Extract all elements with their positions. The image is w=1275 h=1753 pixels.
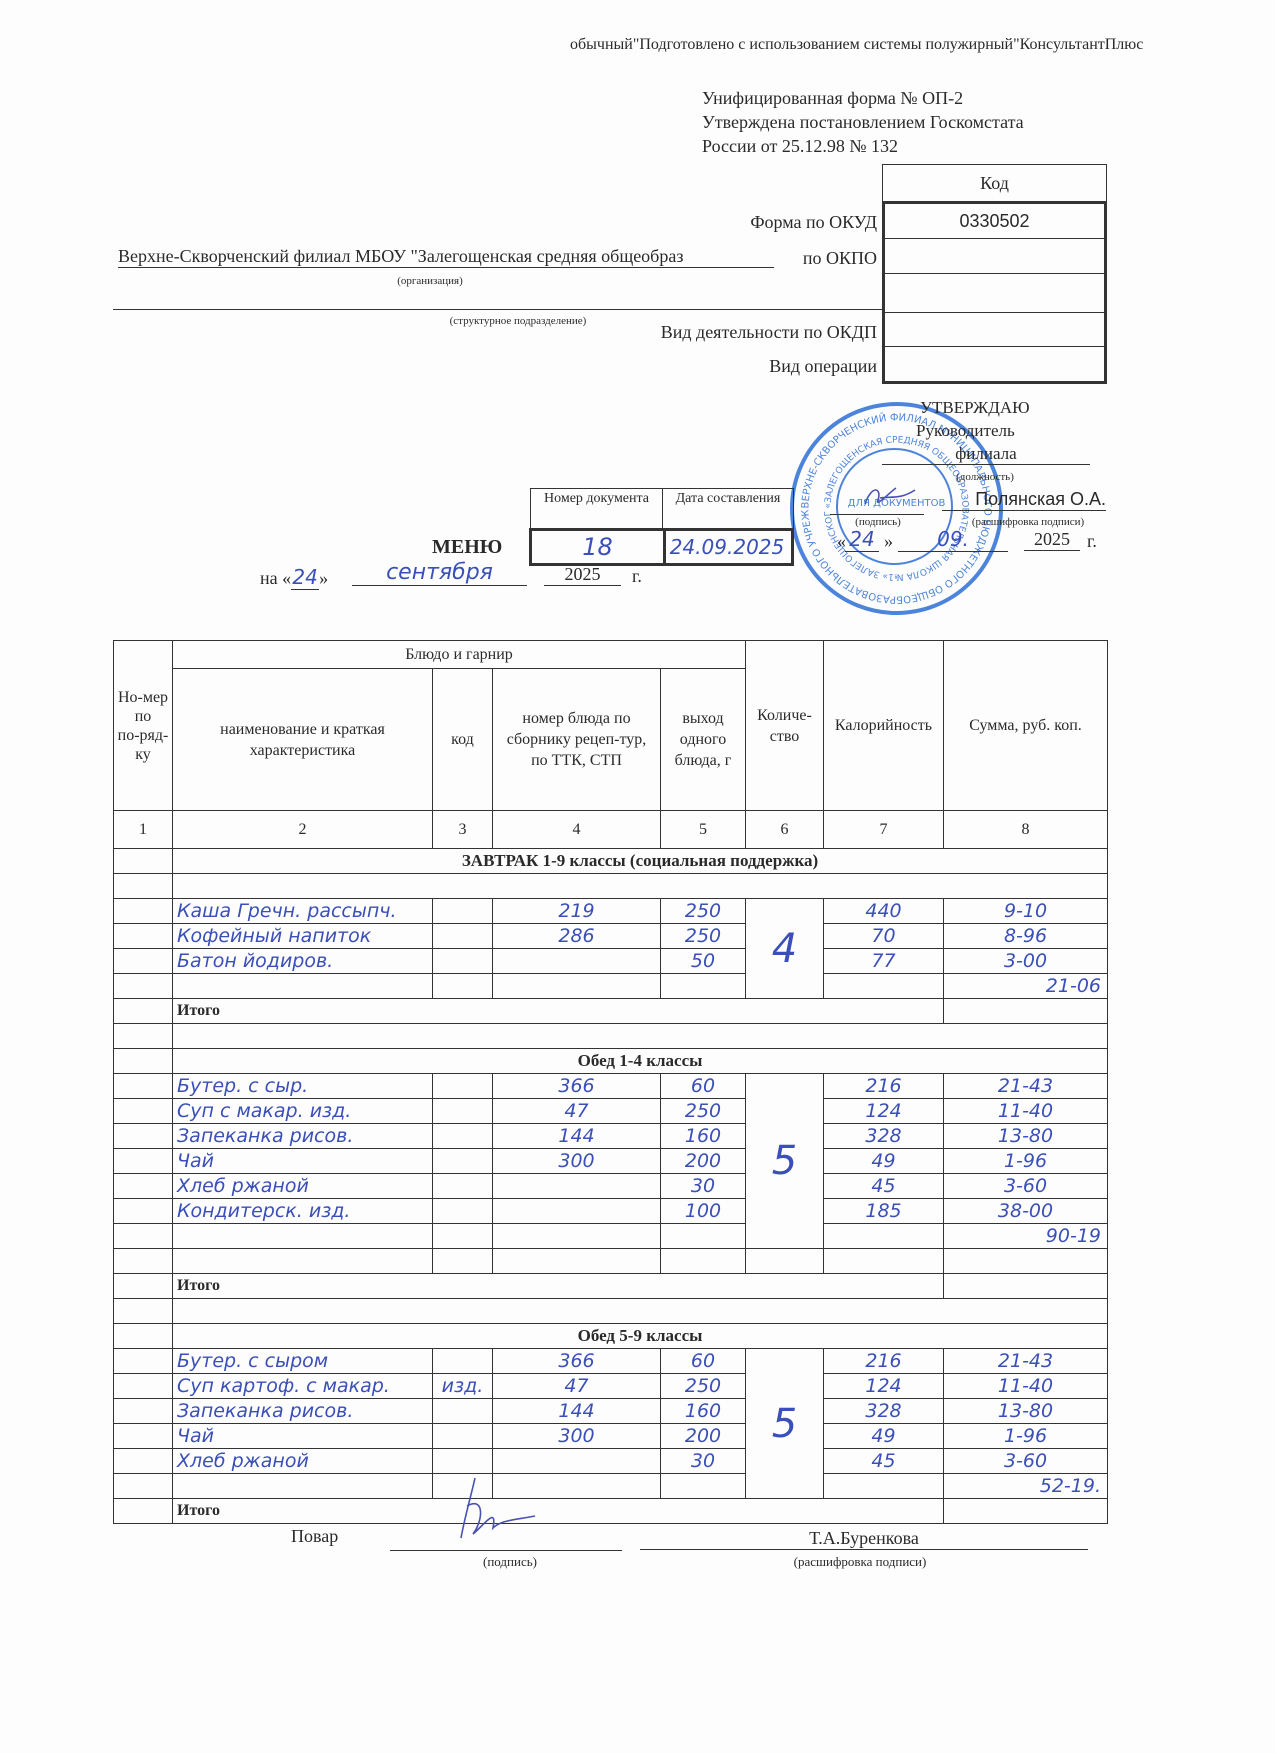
dish-yield[interactable]: 160: [661, 1399, 746, 1424]
dish-calories[interactable]: 49: [824, 1149, 944, 1174]
section-subtotal[interactable]: 90-19: [944, 1224, 1108, 1249]
document-number[interactable]: 18: [529, 528, 666, 566]
dish-sum[interactable]: 1-96: [944, 1424, 1108, 1449]
col-code-header: код: [433, 669, 493, 811]
dish-yield[interactable]: 160: [661, 1124, 746, 1149]
itogo-row: Итого: [114, 999, 1108, 1024]
dish-sum[interactable]: 11-40: [944, 1099, 1108, 1124]
empty-cell[interactable]: [661, 1474, 746, 1499]
dish-code[interactable]: [433, 1149, 493, 1174]
blank-row: [114, 874, 1108, 899]
menu-month[interactable]: сентября: [352, 560, 527, 586]
row-number-cell[interactable]: [114, 1499, 173, 1524]
dish-yield[interactable]: 30: [661, 1174, 746, 1199]
code-header: Код: [882, 164, 1107, 201]
col-yield-header: выход одного блюда, г: [661, 669, 746, 811]
section-row: Обед 5-9 классы: [114, 1324, 1108, 1349]
dish-code[interactable]: [433, 1424, 493, 1449]
table-row: Запеканка рисов.14416032813-80: [114, 1399, 1108, 1424]
subtotal-row: 90-19: [114, 1224, 1108, 1249]
section-row: Обед 1-4 классы: [114, 1049, 1108, 1074]
form-line: России от 25.12.98 № 132: [702, 134, 1024, 158]
dish-calories[interactable]: 45: [824, 1174, 944, 1199]
approval-name-field[interactable]: Полянская О.А.: [942, 489, 1106, 511]
dish-sum[interactable]: 13-80: [944, 1124, 1108, 1149]
col-number: 3: [433, 811, 493, 849]
row-number-cell[interactable]: [114, 1224, 173, 1249]
approval-date: «24»: [837, 531, 893, 552]
dish-recipe-number[interactable]: 300: [493, 1149, 661, 1174]
dish-recipe-number[interactable]: [493, 1174, 661, 1199]
cook-name: Т.А.Буренкова: [809, 1528, 919, 1548]
okdp-label: Вид деятельности по ОКДП: [661, 322, 877, 343]
col-name-header: наименование и краткая характеристика: [173, 669, 433, 811]
dish-yield[interactable]: 60: [661, 1074, 746, 1099]
dish-sum[interactable]: 1-96: [944, 1149, 1108, 1174]
col-number: 4: [493, 811, 661, 849]
dish-name[interactable]: Батон йодиров.: [173, 949, 433, 974]
empty-cell[interactable]: [661, 974, 746, 999]
col-number: 2: [173, 811, 433, 849]
dish-calories[interactable]: 124: [824, 1374, 944, 1399]
col-number: 5: [661, 811, 746, 849]
dish-name[interactable]: Кондитерск. изд.: [173, 1199, 433, 1224]
row-number-cell[interactable]: [114, 1299, 173, 1324]
dish-yield[interactable]: 250: [661, 1099, 746, 1124]
empty-cell[interactable]: [661, 1224, 746, 1249]
form-identification: Унифицированная форма № ОП-2 Утверждена …: [702, 86, 1024, 158]
dish-recipe-number[interactable]: [493, 1199, 661, 1224]
menu-table: Но-мерпопо-ряд-ку Блюдо и гарнир Количе-…: [113, 640, 1108, 1524]
subdivision-caption: (структурное подразделение): [428, 315, 608, 327]
dish-code[interactable]: [433, 949, 493, 974]
table-row: Батон йодиров.50773-00: [114, 949, 1108, 974]
table-row: Хлеб ржаной30453-60: [114, 1449, 1108, 1474]
dish-calories[interactable]: 216: [824, 1349, 944, 1374]
subdivision-field[interactable]: [113, 290, 883, 310]
dish-name[interactable]: Бутер. с сыром: [173, 1349, 433, 1374]
empty-cell[interactable]: [824, 1249, 944, 1274]
approval-day[interactable]: 24: [845, 527, 879, 552]
approval-position-field[interactable]: филиала: [882, 444, 1090, 465]
approval-title: УТВЕРЖДАЮ: [920, 398, 1030, 418]
dish-yield[interactable]: 250: [661, 899, 746, 924]
section-quantity[interactable]: 5: [746, 1349, 824, 1499]
section-quantity[interactable]: 5: [746, 1074, 824, 1249]
table-row: Кофейный напиток286250708-96: [114, 924, 1108, 949]
col-quantity-header: Количе-ство: [746, 641, 824, 811]
document-date-header: Дата составления: [662, 488, 794, 530]
row-number-cell[interactable]: [114, 1374, 173, 1399]
okud-label: Форма по ОКУД: [750, 212, 877, 233]
section-row: ЗАВТРАК 1-9 классы (социальная поддержка…: [114, 849, 1108, 874]
row-number-cell[interactable]: [114, 849, 173, 874]
dish-code[interactable]: [433, 1074, 493, 1099]
itogo-label: Итого: [173, 999, 944, 1024]
dish-code[interactable]: [433, 1349, 493, 1374]
row-number-cell[interactable]: [114, 1474, 173, 1499]
okdp-code-cell[interactable]: [885, 313, 1104, 347]
row-number-cell[interactable]: [114, 1149, 173, 1174]
section-title: Обед 5-9 классы: [173, 1324, 1108, 1349]
table-row: Суп с макар. изд.4725012411-40: [114, 1099, 1108, 1124]
menu-date-line: на «24»: [260, 565, 328, 590]
dish-sum[interactable]: 3-00: [944, 949, 1108, 974]
cook-signature-scribble-icon: [445, 1476, 545, 1546]
cook-name-caption: (расшифровка подписи): [760, 1554, 960, 1570]
row-number-cell[interactable]: [114, 874, 173, 899]
dish-recipe-number[interactable]: 366: [493, 1074, 661, 1099]
dish-name[interactable]: Суп с макар. изд.: [173, 1099, 433, 1124]
okpo-label: по ОКПО: [803, 248, 877, 269]
dish-sum[interactable]: 38-00: [944, 1199, 1108, 1224]
dish-yield[interactable]: 200: [661, 1149, 746, 1174]
row-number-cell[interactable]: [114, 899, 173, 924]
dish-code[interactable]: [433, 1174, 493, 1199]
dish-yield[interactable]: 200: [661, 1424, 746, 1449]
col-sum-header: Сумма, руб. коп.: [944, 641, 1108, 811]
dish-code[interactable]: [433, 1124, 493, 1149]
dish-calories[interactable]: 124: [824, 1099, 944, 1124]
empty-cell[interactable]: [493, 1249, 661, 1274]
itogo-sum[interactable]: [944, 1499, 1108, 1524]
col-calories-header: Калорийность: [824, 641, 944, 811]
table-row: Суп картоф. с макар.изд.4725012411-40: [114, 1374, 1108, 1399]
row-number-cell[interactable]: [114, 1174, 173, 1199]
dish-yield[interactable]: 250: [661, 924, 746, 949]
dish-sum[interactable]: 3-60: [944, 1174, 1108, 1199]
dish-sum[interactable]: 8-96: [944, 924, 1108, 949]
row-number-cell[interactable]: [114, 1024, 173, 1049]
col-number: 6: [746, 811, 824, 849]
row-number-cell[interactable]: [114, 949, 173, 974]
col-number: 7: [824, 811, 944, 849]
document-date[interactable]: 24.09.2025: [663, 528, 794, 566]
menu-year[interactable]: 2025: [544, 564, 621, 586]
row-number-cell[interactable]: [114, 1424, 173, 1449]
section-subtotal[interactable]: 21-06: [944, 974, 1108, 999]
dish-yield[interactable]: 60: [661, 1349, 746, 1374]
table-row: Запеканка рисов.14416032813-80: [114, 1124, 1108, 1149]
dish-recipe-number[interactable]: 144: [493, 1399, 661, 1424]
dish-code[interactable]: [433, 1099, 493, 1124]
dish-calories[interactable]: 328: [824, 1124, 944, 1149]
empty-cell[interactable]: [493, 1224, 661, 1249]
approval-year[interactable]: 2025: [1024, 529, 1080, 551]
dish-recipe-number[interactable]: 47: [493, 1374, 661, 1399]
dish-recipe-number[interactable]: 144: [493, 1124, 661, 1149]
dish-calories[interactable]: 49: [824, 1424, 944, 1449]
dish-code[interactable]: [433, 1399, 493, 1424]
dish-recipe-number[interactable]: 300: [493, 1424, 661, 1449]
approval-name: Полянская О.А.: [975, 489, 1106, 509]
row-number-cell[interactable]: [114, 1349, 173, 1374]
dish-name[interactable]: Бутер. с сыр.: [173, 1074, 433, 1099]
approval-year-suffix: г.: [1087, 531, 1097, 552]
empty-cell[interactable]: [433, 1224, 493, 1249]
row-number-cell[interactable]: [114, 1049, 173, 1074]
dish-name[interactable]: Чай: [173, 1149, 433, 1174]
dish-name[interactable]: Хлеб ржаной: [173, 1449, 433, 1474]
row-number-cell[interactable]: [114, 1099, 173, 1124]
position-caption: (должность): [935, 471, 1035, 483]
table-row: Бутер. с сыром36660521621-43: [114, 1349, 1108, 1374]
row-number-cell[interactable]: [114, 974, 173, 999]
row-number-cell[interactable]: [114, 1449, 173, 1474]
table-row: Каша Гречн. рассыпч.21925044409-10: [114, 899, 1108, 924]
row-number-cell[interactable]: [114, 1074, 173, 1099]
dish-recipe-number[interactable]: [493, 1449, 661, 1474]
empty-cell[interactable]: [661, 1249, 746, 1274]
blank-row: [114, 1024, 1108, 1049]
subdivision-code-cell[interactable]: [885, 274, 1104, 313]
dish-calories[interactable]: 185: [824, 1199, 944, 1224]
operation-label: Вид операции: [769, 356, 877, 377]
dish-sum[interactable]: 3-60: [944, 1449, 1108, 1474]
dish-yield[interactable]: 100: [661, 1199, 746, 1224]
consultant-plus-note-text: обычный"Подготовлено с использованием си…: [570, 36, 1143, 53]
dish-calories[interactable]: 45: [824, 1449, 944, 1474]
empty-cell[interactable]: [433, 974, 493, 999]
itogo-sum[interactable]: [944, 999, 1108, 1024]
approval-month[interactable]: 09.: [898, 527, 1008, 552]
row-number-cell[interactable]: [114, 1199, 173, 1224]
empty-cell[interactable]: [114, 1249, 173, 1274]
document-number-header: Номер документа: [530, 488, 663, 530]
section-title: Обед 1-4 классы: [173, 1049, 1108, 1074]
dish-name[interactable]: Запеканка рисов.: [173, 1399, 433, 1424]
empty-cell[interactable]: [493, 974, 661, 999]
operation-code-cell[interactable]: [885, 347, 1104, 381]
section-quantity[interactable]: 4: [746, 899, 824, 999]
dish-name[interactable]: Кофейный напиток: [173, 924, 433, 949]
dish-name[interactable]: Запеканка рисов.: [173, 1124, 433, 1149]
organization-name[interactable]: Верхне-Скворченский филиал МБОУ "Залегощ…: [118, 246, 774, 268]
menu-title: МЕНЮ: [432, 536, 502, 559]
empty-cell[interactable]: [173, 1249, 433, 1274]
dish-code[interactable]: [433, 924, 493, 949]
empty-cell[interactable]: [173, 1224, 433, 1249]
cook-role: Повар: [291, 1526, 338, 1547]
empty-cell[interactable]: [824, 1224, 944, 1249]
col-row-number-header-text: Но-мерпопо-ряд-ку: [118, 689, 169, 763]
row-number-cell[interactable]: [114, 1124, 173, 1149]
dish-sum[interactable]: 13-80: [944, 1399, 1108, 1424]
empty-cell[interactable]: [433, 1249, 493, 1274]
table-row: Хлеб ржаной30453-60: [114, 1174, 1108, 1199]
blank-cell[interactable]: [173, 874, 1108, 899]
dish-sum[interactable]: 21-43: [944, 1349, 1108, 1374]
dish-yield[interactable]: 250: [661, 1374, 746, 1399]
dish-sum[interactable]: 9-10: [944, 899, 1108, 924]
cook-signature-field[interactable]: [390, 1530, 622, 1551]
okud-code-cell[interactable]: 0330502: [885, 204, 1104, 239]
code-box: Код 0330502: [882, 164, 1107, 384]
empty-cell[interactable]: [824, 974, 944, 999]
blank-row: [114, 1299, 1108, 1324]
dish-calories[interactable]: 216: [824, 1074, 944, 1099]
dish-code[interactable]: [433, 1199, 493, 1224]
itogo-row: Итого: [114, 1499, 1108, 1524]
row-number-cell[interactable]: [114, 1274, 173, 1299]
col-number: 8: [944, 811, 1108, 849]
empty-cell[interactable]: [746, 1249, 824, 1274]
dish-recipe-number[interactable]: 286: [493, 924, 661, 949]
dish-sum[interactable]: 21-43: [944, 1074, 1108, 1099]
empty-cell[interactable]: [824, 1474, 944, 1499]
okpo-code-cell[interactable]: [885, 239, 1104, 274]
dish-recipe-number[interactable]: 366: [493, 1349, 661, 1374]
organization-caption: (организация): [380, 275, 480, 287]
col-row-number-header: Но-мерпопо-ряд-ку: [114, 641, 173, 811]
form-line: Утверждена постановлением Госкомстата: [702, 110, 1024, 134]
approval-position-line1: Руководитель: [916, 421, 1015, 441]
consultant-plus-note: обычный"Подготовлено с использованием си…: [570, 36, 1143, 54]
col-recipe-header: номер блюда по сборнику рецеп-тур, по ТТ…: [493, 669, 661, 811]
table-row: Чай300200491-96: [114, 1149, 1108, 1174]
blank-cell[interactable]: [173, 1024, 1108, 1049]
subtotal-row: 21-06: [114, 974, 1108, 999]
organization-name-text: Верхне-Скворченский филиал МБОУ "Залегощ…: [118, 246, 683, 266]
dish-calories[interactable]: 77: [824, 949, 944, 974]
section-subtotal[interactable]: 52-19.: [944, 1474, 1108, 1499]
dish-calories[interactable]: 440: [824, 899, 944, 924]
itogo-label: Итого: [173, 1499, 944, 1524]
menu-day[interactable]: 24: [291, 565, 319, 590]
menu-date-prefix: на: [260, 568, 278, 588]
blank-row: [114, 1249, 1108, 1274]
approval-signature-field[interactable]: [830, 494, 924, 515]
row-number-cell[interactable]: [114, 1399, 173, 1424]
signature-scribble-icon: [860, 482, 920, 512]
table-row: Кондитерск. изд.10018538-00: [114, 1199, 1108, 1224]
column-numbers-row: 1 2 3 4 5 6 7 8: [114, 811, 1108, 849]
row-number-cell[interactable]: [114, 924, 173, 949]
dish-name[interactable]: Каша Гречн. рассыпч.: [173, 899, 433, 924]
dish-name[interactable]: Чай: [173, 1424, 433, 1449]
row-number-cell[interactable]: [114, 999, 173, 1024]
dish-recipe-number[interactable]: 47: [493, 1099, 661, 1124]
table-row: Бутер. с сыр.36660521621-43: [114, 1074, 1108, 1099]
col-number: 1: [114, 811, 173, 849]
row-number-cell[interactable]: [114, 1324, 173, 1349]
dish-code[interactable]: [433, 899, 493, 924]
blank-cell[interactable]: [173, 1299, 1108, 1324]
dish-code[interactable]: изд.: [433, 1374, 493, 1399]
cook-name-field[interactable]: Т.А.Буренкова: [640, 1528, 1088, 1550]
empty-cell[interactable]: [173, 1474, 433, 1499]
cook-signature-caption: (подпись): [470, 1554, 550, 1570]
dish-yield[interactable]: 30: [661, 1449, 746, 1474]
dish-recipe-number[interactable]: 219: [493, 899, 661, 924]
dish-sum[interactable]: 11-40: [944, 1374, 1108, 1399]
empty-cell[interactable]: [944, 1249, 1108, 1274]
dish-code[interactable]: [433, 1449, 493, 1474]
itogo-sum[interactable]: [944, 1274, 1108, 1299]
empty-cell[interactable]: [173, 974, 433, 999]
subtotal-row: 52-19.: [114, 1474, 1108, 1499]
dish-calories[interactable]: 328: [824, 1399, 944, 1424]
table-row: Чай300200491-96: [114, 1424, 1108, 1449]
form-line: Унифицированная форма № ОП-2: [702, 86, 1024, 110]
approval-position-line2: филиала: [955, 444, 1016, 463]
dish-recipe-number[interactable]: [493, 949, 661, 974]
section-title: ЗАВТРАК 1-9 классы (социальная поддержка…: [173, 849, 1108, 874]
dish-name[interactable]: Хлеб ржаной: [173, 1174, 433, 1199]
menu-year-suffix: г.: [632, 566, 642, 587]
dish-yield[interactable]: 50: [661, 949, 746, 974]
itogo-label: Итого: [173, 1274, 944, 1299]
dish-calories[interactable]: 70: [824, 924, 944, 949]
dish-name[interactable]: Суп картоф. с макар.: [173, 1374, 433, 1399]
dish-group-header: Блюдо и гарнир: [173, 641, 746, 669]
itogo-row: Итого: [114, 1274, 1108, 1299]
